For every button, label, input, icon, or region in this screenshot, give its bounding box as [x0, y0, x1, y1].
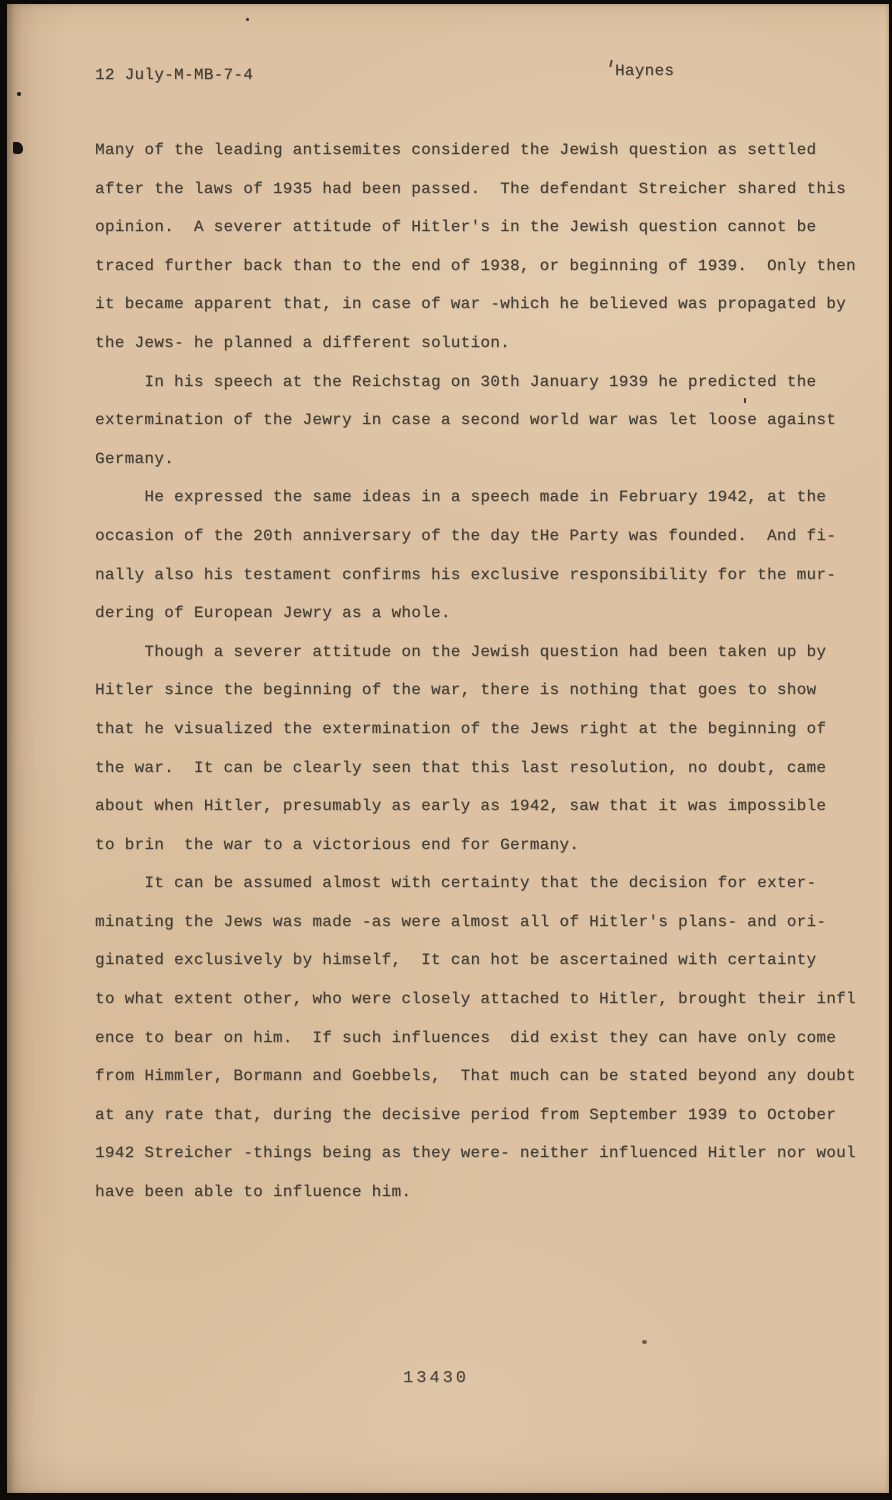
text-line: have been able to influence him.: [95, 1173, 856, 1212]
text-line: Many of the leading antisemites consider…: [95, 131, 856, 170]
text-line: extermination of the Jewry in case a sec…: [95, 401, 856, 440]
text-line: to what extent other, who were closely a…: [95, 980, 856, 1019]
text-line: It can be assumed almost with certainty …: [95, 864, 856, 903]
ink-dot-bottom: [642, 1340, 647, 1344]
stray-mark-middle: [744, 398, 746, 403]
text-line: nally also his testament confirms his ex…: [95, 556, 856, 595]
scanned-page: 12 July-M-MB-7-4 Haynes Many of the lead…: [0, 0, 892, 1500]
paper-sheet: 12 July-M-MB-7-4 Haynes Many of the lead…: [7, 4, 889, 1493]
text-line: traced further back than to the end of 1…: [95, 247, 856, 286]
text-line: ence to bear on him. If such influences …: [95, 1019, 856, 1058]
text-line: that he visualized the extermination of …: [95, 710, 856, 749]
text-line: about when Hitler, presumably as early a…: [95, 787, 856, 826]
stray-mark-header: [609, 60, 612, 67]
text-line: it became apparent that, in case of war …: [95, 285, 856, 324]
text-line: the Jews- he planned a different solutio…: [95, 324, 856, 363]
text-line: Hitler since the beginning of the war, t…: [95, 671, 856, 710]
text-line: ginated exclusively by himself, It can h…: [95, 941, 856, 980]
text-line: to brin the war to a victorious end for …: [95, 826, 856, 865]
document-body: Many of the leading antisemites consider…: [95, 131, 856, 1212]
text-line: the war. It can be clearly seen that thi…: [95, 749, 856, 788]
text-line: at any rate that, during the decisive pe…: [95, 1096, 856, 1135]
page-number: 13430: [403, 1367, 469, 1391]
text-line: 1942 Streicher -things being as they wer…: [95, 1134, 856, 1173]
text-line: from Himmler, Bormann and Goebbels, That…: [95, 1057, 856, 1096]
ink-dot-top: [246, 18, 249, 21]
text-line: after the laws of 1935 had been passed. …: [95, 170, 856, 209]
ink-dot-left-edge: [17, 92, 21, 96]
header-document-reference: 12 July-M-MB-7-4: [95, 64, 253, 86]
text-line: Germany.: [95, 440, 856, 479]
text-line: In his speech at the Reichstag on 30th J…: [95, 363, 856, 402]
text-line: He expressed the same ideas in a speech …: [95, 478, 856, 517]
ink-blot-left-edge: [13, 142, 23, 154]
text-line: opinion. A severer attitude of Hitler's …: [95, 208, 856, 247]
text-line: minating the Jews was made -as were almo…: [95, 903, 856, 942]
header-reporter-name: Haynes: [615, 60, 674, 82]
text-line: occasion of the 20th anniversary of the …: [95, 517, 856, 556]
text-line: Though a severer attitude on the Jewish …: [95, 633, 856, 672]
text-line: dering of European Jewry as a whole.: [95, 594, 856, 633]
